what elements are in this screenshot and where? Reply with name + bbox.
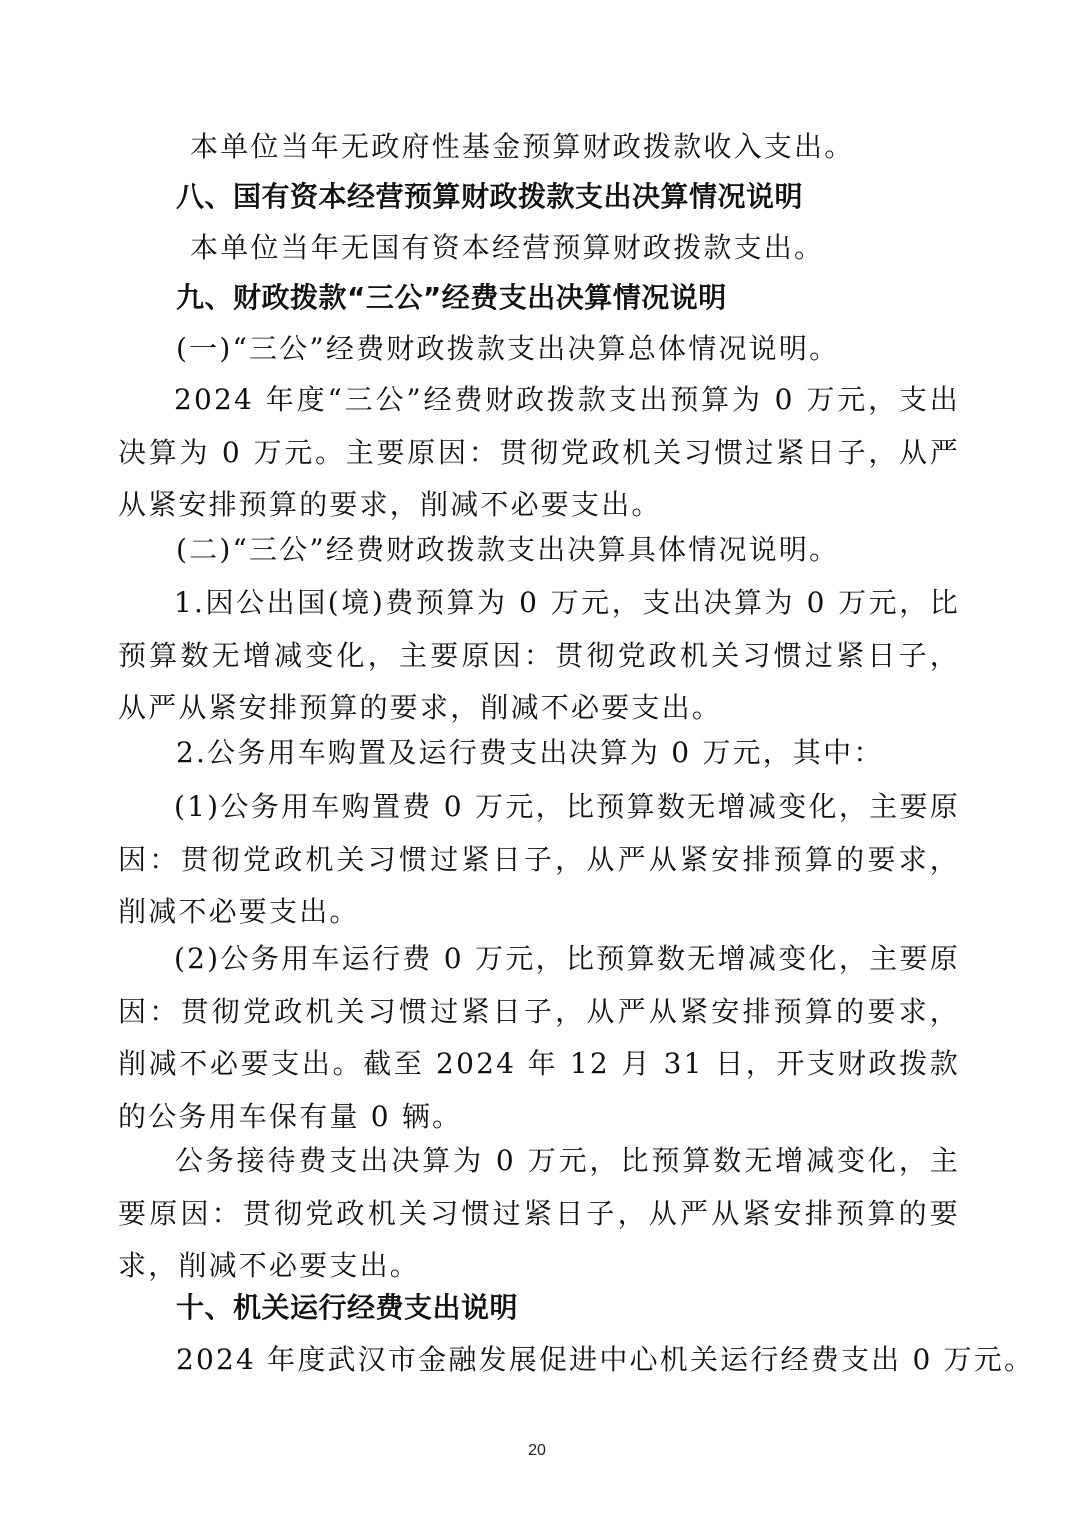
paragraph-text: (2)公务用车运行费 0 万元，比预算数无增减变化，主要原因：贯彻党政机关习惯过… [118, 942, 960, 1133]
paragraph-reception: 公务接待费支出决算为 0 万元，比预算数无增减变化，主要原因：贯彻党政机关习惯过… [118, 1135, 960, 1293]
paragraph-text: (1)公务用车购置费 0 万元，比预算数无增减变化，主要原因：贯彻党政机关习惯过… [118, 790, 960, 928]
paragraph-text: 2024 年度“三公”经费财政拨款支出预算为 0 万元，支出决算为 0 万元。主… [118, 383, 960, 521]
paragraph-text: 公务接待费支出决算为 0 万元，比预算数无增减变化，主要原因：贯彻党政机关习惯过… [118, 1144, 960, 1282]
paragraph-operating-expense: 2024 年度武汉市金融发展促进中心机关运行经费支出 0 万元。 [176, 1340, 1034, 1380]
paragraph-no-gov-fund: 本单位当年无政府性基金预算财政拨款收入支出。 [190, 127, 854, 167]
paragraph-text: 1.因公出国(境)费预算为 0 万元，支出决算为 0 万元，比预算数无增减变化，… [118, 586, 960, 724]
paragraph-no-state-capital: 本单位当年无国有资本经营预算财政拨款支出。 [190, 228, 824, 268]
paragraph-overseas-travel: 1.因公出国(境)费预算为 0 万元，支出决算为 0 万元，比预算数无增减变化，… [118, 577, 960, 735]
subheading-detail: (二)“三公”经费财政拨款支出决算具体情况说明。 [176, 530, 839, 570]
paragraph-vehicle-total: 2.公务用车购置及运行费支出决算为 0 万元，其中： [176, 733, 884, 773]
paragraph-three-public-total: 2024 年度“三公”经费财政拨款支出预算为 0 万元，支出决算为 0 万元。主… [118, 374, 960, 532]
heading-section-9: 九、财政拨款“三公”经费支出决算情况说明 [176, 278, 727, 318]
paragraph-vehicle-purchase: (1)公务用车购置费 0 万元，比预算数无增减变化，主要原因：贯彻党政机关习惯过… [118, 781, 960, 939]
page-number: 20 [0, 1442, 1074, 1460]
subheading-overall: (一)“三公”经费财政拨款支出决算总体情况说明。 [176, 329, 839, 369]
paragraph-vehicle-operation: (2)公务用车运行费 0 万元，比预算数无增减变化，主要原因：贯彻党政机关习惯过… [118, 933, 960, 1143]
heading-section-8: 八、国有资本经营预算财政拨款支出决算情况说明 [176, 177, 803, 217]
heading-section-10: 十、机关运行经费支出说明 [176, 1288, 518, 1328]
